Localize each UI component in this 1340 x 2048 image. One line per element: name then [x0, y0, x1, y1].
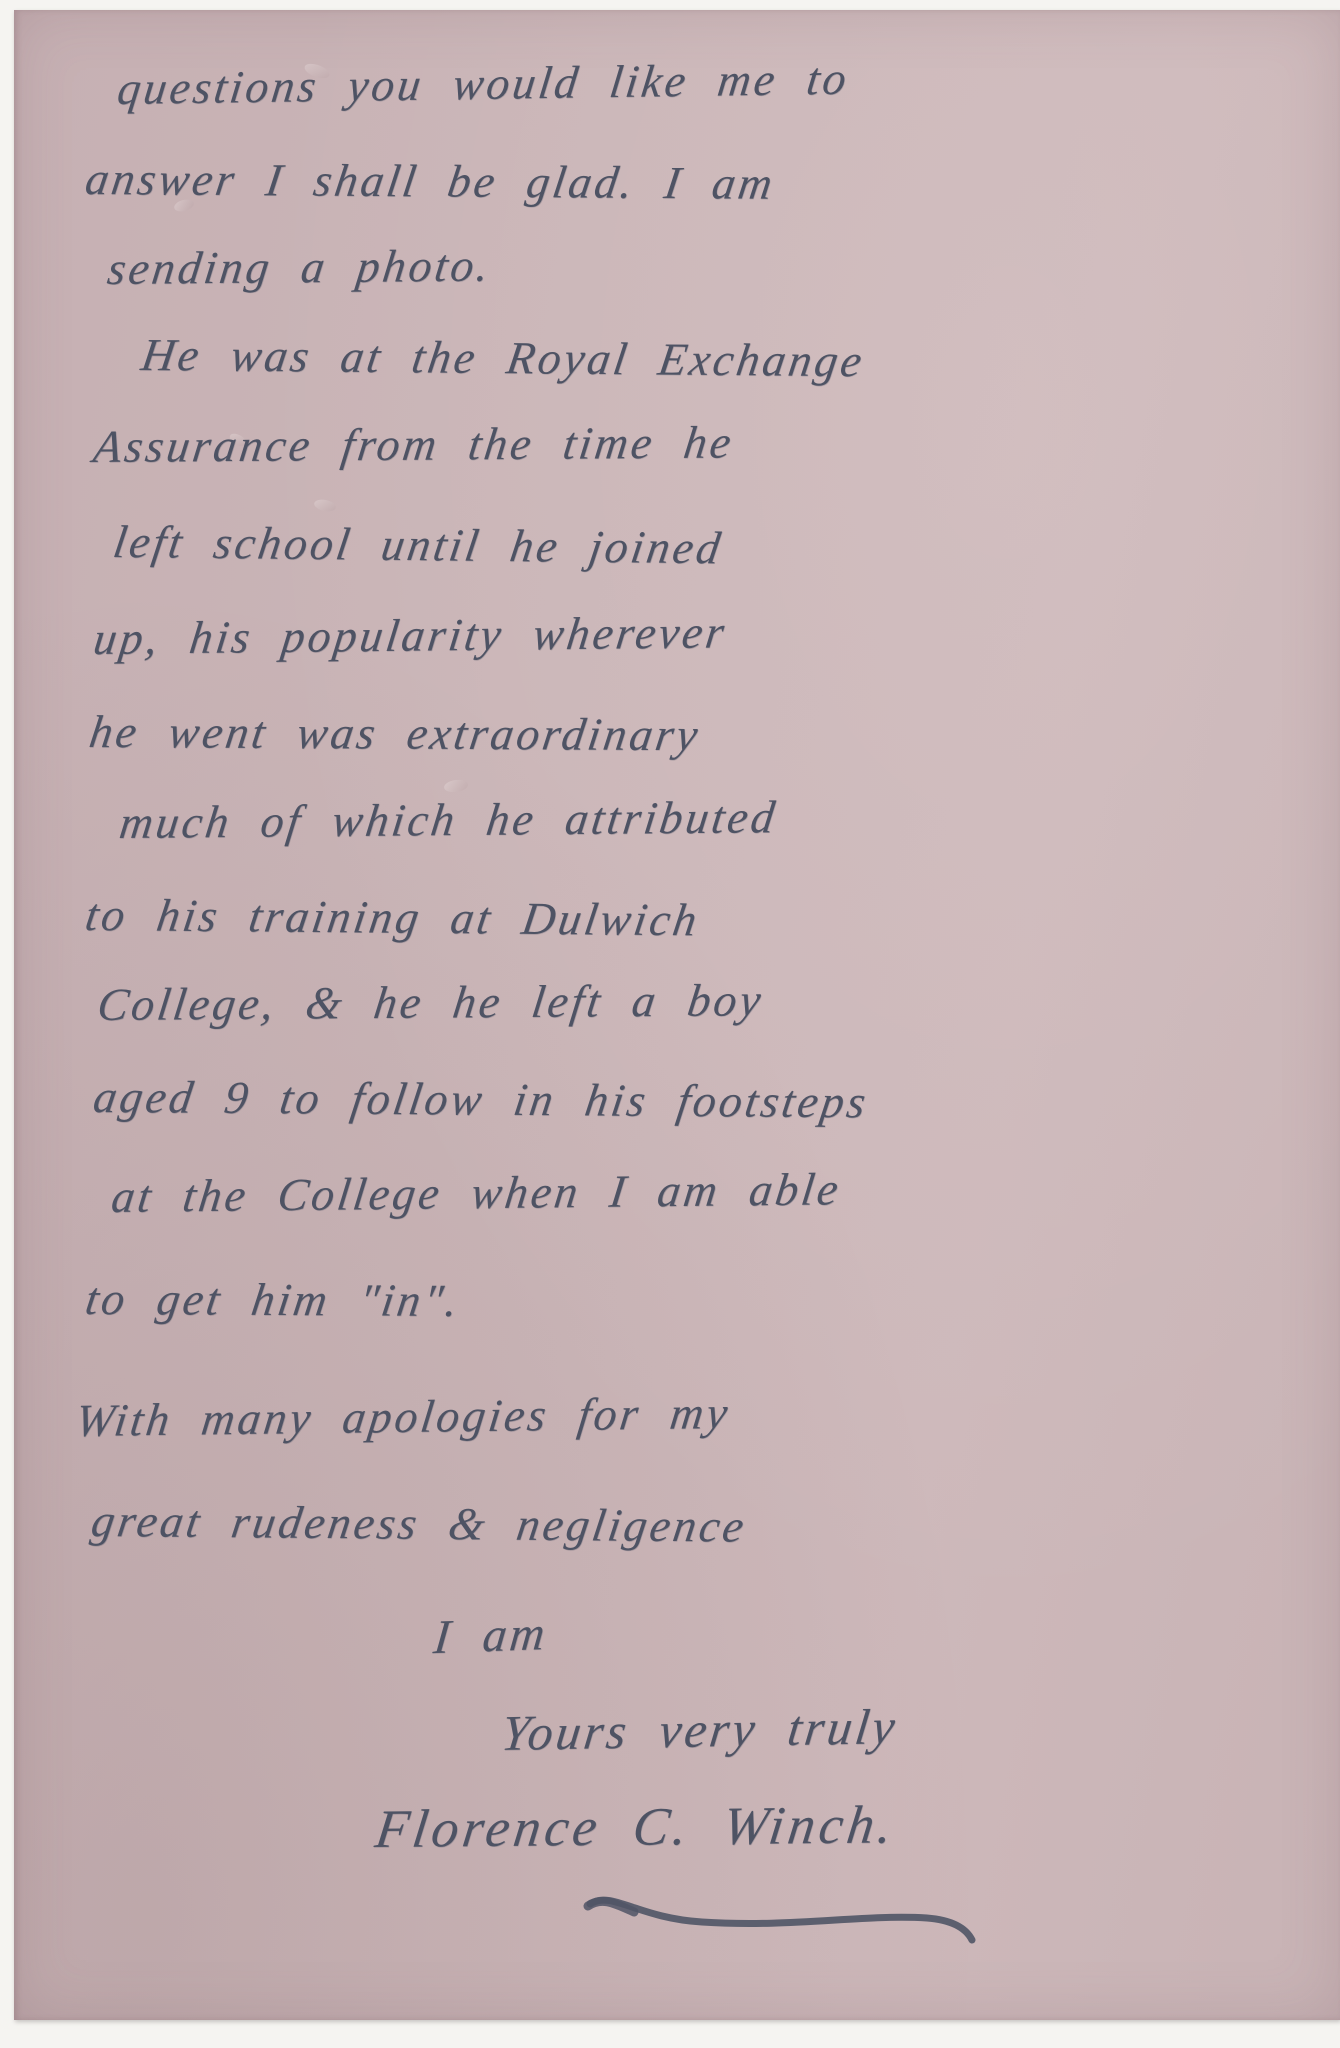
scan-background: questions you would like me to answer I … [0, 0, 1340, 2048]
letter-line-12: aged 9 to follow in his footsteps [94, 1070, 869, 1128]
letter-line-6: left school until he joined [114, 515, 723, 574]
letter-line-1: questions you would like me to [118, 52, 850, 115]
signature-underline-flourish [582, 1888, 992, 1948]
letter-line-8: he went was extraordinary [90, 705, 700, 761]
letter-line-13: at the College when I am able [112, 1162, 841, 1223]
letter-line-3: sending a photo. [108, 239, 492, 295]
letter-line-5: Assurance from the time he [94, 416, 734, 473]
paper-crease [313, 498, 337, 513]
closing-valediction: Yours very truly [501, 1697, 898, 1762]
letter-line-16: great rudeness & negligence [92, 1494, 747, 1553]
letter-paper: questions you would like me to answer I … [14, 10, 1340, 2020]
letter-line-4: He was at the Royal Exchange [142, 328, 865, 387]
letter-line-2: answer I shall be glad. I am [86, 152, 775, 210]
letter-line-7: up, his popularity wherever [94, 605, 727, 665]
letter-line-15: With many apologies for my [76, 1386, 731, 1447]
letter-line-9: much of which he attributed [120, 790, 778, 849]
letter-line-14: to get him "in". [86, 1272, 461, 1327]
letter-line-11: College, & he he left a boy [98, 973, 764, 1031]
closing-i-am: I am [433, 1606, 549, 1665]
paper-crease [443, 778, 468, 793]
signature: Florence C. Winch. [376, 1793, 896, 1860]
letter-line-10: to his training at Dulwich [86, 888, 700, 946]
